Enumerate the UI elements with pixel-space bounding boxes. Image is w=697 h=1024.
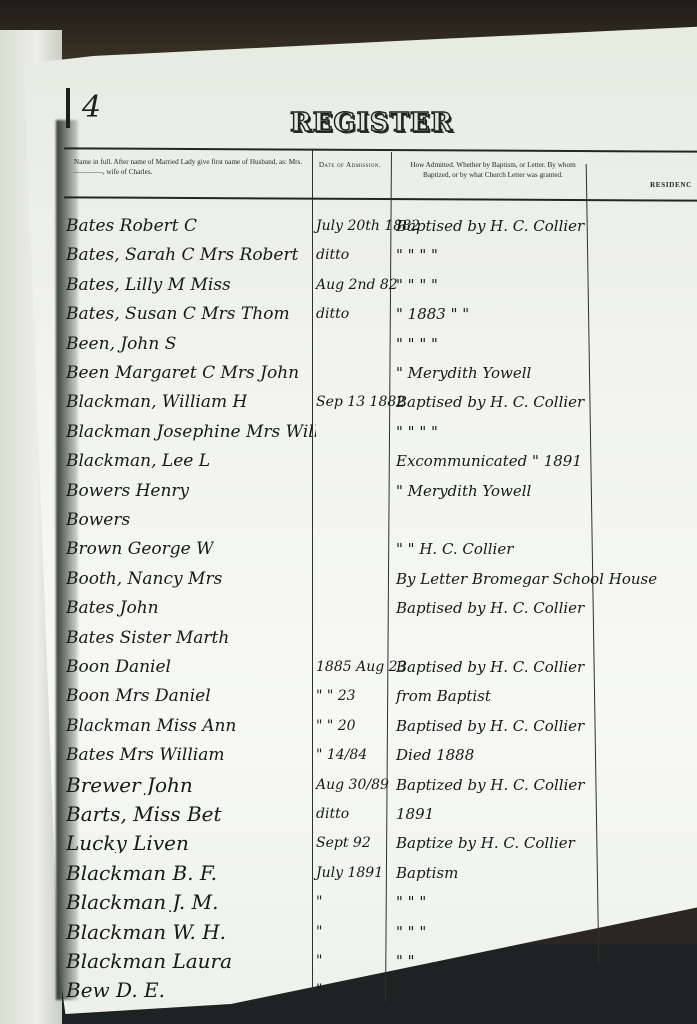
page-number: 4	[66, 88, 101, 128]
entry-name: Bowers Henry	[66, 481, 189, 501]
entry-name: Been, John S	[66, 334, 176, 354]
entry-name: Blackman Josephine Mrs William	[66, 422, 316, 442]
entry-how-admitted: Baptised by H. C. Collier	[396, 216, 584, 236]
entry-date: ditto	[316, 804, 349, 824]
entry-how-admitted: Baptism	[396, 863, 458, 883]
entry-date: " " 23	[316, 686, 356, 706]
entry-name: Blackman Miss Ann	[66, 716, 236, 736]
entry-name: Barts, Miss Bet	[66, 804, 222, 824]
column-header-how-admitted: How Admitted. Whether by Baptism, or Let…	[398, 160, 588, 180]
entry-name: Brewer John	[66, 775, 193, 795]
entry-name: Boon Daniel	[66, 657, 171, 677]
entry-how-admitted: " Merydith Yowell	[396, 363, 531, 383]
entry-date: "	[316, 980, 322, 1000]
entry-name: Bowers	[66, 510, 130, 530]
entry-name: Bew D. E.	[66, 980, 165, 1000]
entry-how-admitted: " " "	[396, 922, 426, 942]
entry-name: Blackman, Lee L	[66, 451, 210, 471]
entry-name: Bates, Susan C Mrs Thom	[66, 304, 290, 324]
entry-how-admitted: 1891	[396, 804, 434, 824]
entry-name: Booth, Nancy Mrs	[66, 569, 222, 589]
column-header-date: Date of Admission.	[318, 160, 382, 170]
entry-name: Bates Mrs William	[66, 745, 225, 765]
entry-date: Aug 2nd 82	[316, 275, 398, 295]
entry-date: "	[316, 951, 322, 971]
entry-date: ditto	[316, 304, 349, 324]
entry-how-admitted: Died 1888	[396, 745, 474, 765]
entry-how-admitted: Baptised by H. C. Collier	[396, 392, 584, 412]
entry-name: Bates John	[66, 598, 159, 618]
entry-name: Blackman W. H.	[66, 922, 226, 942]
entry-how-admitted: " " " "	[396, 275, 438, 295]
entry-name: Brown George W	[66, 539, 214, 559]
column-header-residence: RESIDENC	[650, 180, 697, 190]
entry-how-admitted: Baptize by H. C. Collier	[396, 833, 575, 853]
entry-name: Blackman J. M.	[66, 892, 218, 912]
entry-date: "	[316, 892, 322, 912]
entry-how-admitted: By Letter Bromegar School House	[396, 569, 657, 589]
entry-name: Bates, Lilly M Miss	[66, 275, 231, 295]
entry-date: Sep 13 1882	[316, 392, 405, 412]
entry-how-admitted: " Merydith Yowell	[396, 481, 531, 501]
entry-date: " 14/84	[316, 745, 367, 765]
entry-how-admitted: " " " "	[396, 334, 438, 354]
entry-how-admitted: " " "	[396, 892, 426, 912]
entry-how-admitted: Excommunicated " 1891	[396, 451, 582, 471]
entry-how-admitted: Baptized by H. C. Collier	[396, 775, 584, 795]
entry-how-admitted: " " " "	[396, 422, 438, 442]
entry-date: Aug 30/89	[316, 775, 389, 795]
entry-name: Blackman, William H	[66, 392, 247, 412]
entry-name: Bates Sister Marth	[66, 628, 229, 648]
entry-name: Lucky Liven	[66, 833, 189, 853]
entry-how-admitted: " 1883 " "	[396, 304, 469, 324]
entry-date: " " 20	[316, 716, 356, 736]
entry-date: Sept 92	[316, 833, 371, 853]
entry-how-admitted: Baptised by H. C. Collier	[396, 716, 584, 736]
entry-date: ditto	[316, 245, 349, 265]
entry-how-admitted: Baptised by H. C. Collier	[396, 598, 584, 618]
entry-how-admitted: " " " "	[396, 245, 438, 265]
entry-name: Blackman Laura	[66, 951, 232, 971]
entry-how-admitted: from Baptist	[396, 686, 491, 706]
entry-how-admitted: " " H. C. Collier	[396, 539, 513, 559]
column-divider-name-date	[312, 150, 313, 990]
entry-name: Boon Mrs Daniel	[66, 686, 211, 706]
register-title: REGISTER	[290, 108, 453, 138]
entry-date: July 1891	[316, 863, 383, 883]
entry-name: Blackman B. F.	[66, 863, 217, 883]
entry-name: Bates Robert C	[66, 216, 197, 236]
entry-how-admitted: " "	[396, 951, 415, 971]
entry-date: "	[316, 922, 322, 942]
entry-name: Been Margaret C Mrs John	[66, 363, 299, 383]
column-header-name: Name in full. After name of Married Lady…	[74, 157, 304, 177]
entry-date: 1885 Aug 23	[316, 657, 406, 677]
entry-how-admitted: Baptised by H. C. Collier	[396, 657, 584, 677]
entry-name: Bates, Sarah C Mrs Robert	[66, 245, 298, 265]
